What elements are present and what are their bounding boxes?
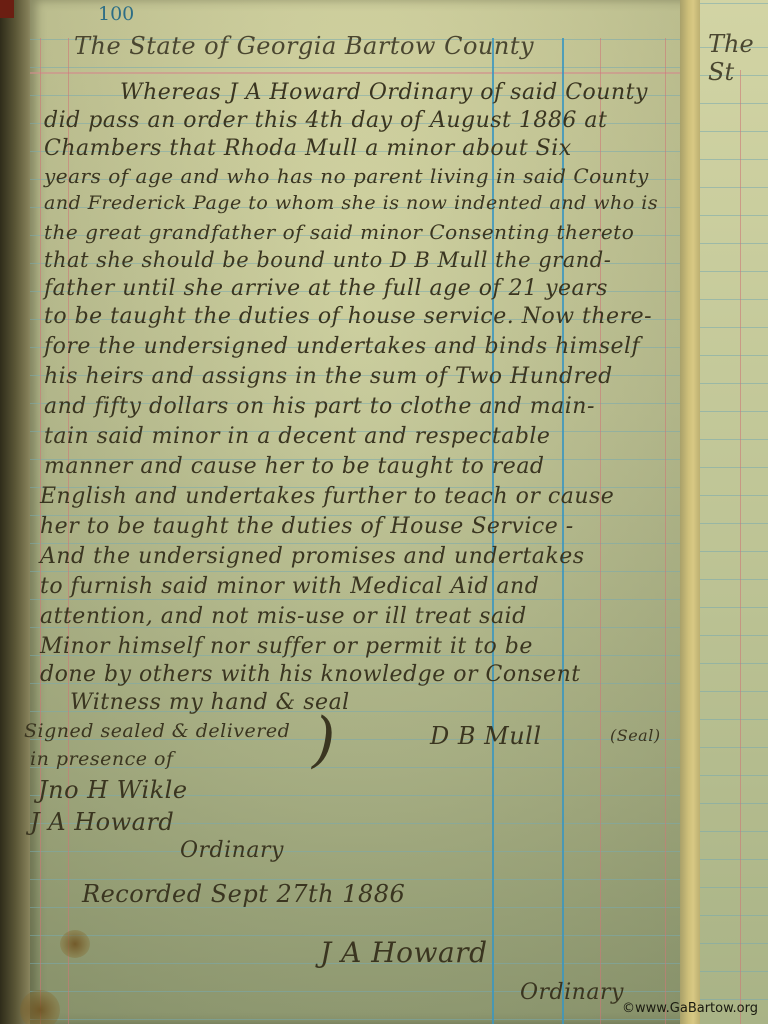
ruled-lines <box>700 0 768 1024</box>
body-line: and fifty dollars on his part to clothe … <box>44 394 595 419</box>
body-line: to furnish said minor with Medical Aid a… <box>40 574 539 599</box>
margin-rule <box>740 70 741 1024</box>
seal-mark: (Seal) <box>610 726 661 745</box>
body-line: father until she arrive at the full age … <box>44 276 608 301</box>
document-heading: The State of Georgia Bartow County <box>74 32 534 60</box>
attestation-line-2: in presence of <box>30 748 173 770</box>
body-line: And the undersigned promises and underta… <box>40 544 585 569</box>
recorder-signature: J A Howard <box>320 936 488 969</box>
bookmark-ribbon <box>0 0 14 18</box>
body-line: attention, and not mis-use or ill treat … <box>40 604 527 629</box>
body-line: Chambers that Rhoda Mull a minor about S… <box>44 136 572 161</box>
bracket-mark: ) <box>312 705 335 775</box>
witness-2-title: Ordinary <box>180 838 284 863</box>
ledger-page: 100 The State of Georgia Bartow County W… <box>30 0 690 1024</box>
witness-signature-1: Jno H Wikle <box>38 776 188 804</box>
facing-page <box>700 0 768 1024</box>
attestation-line-1: Signed sealed & delivered <box>24 720 290 742</box>
page-number: 100 <box>98 3 134 25</box>
ink-stain <box>20 990 60 1024</box>
principal-signature: D B Mull <box>430 722 542 750</box>
body-line: Witness my hand & seal <box>70 690 350 715</box>
witness-signature-2: J A Howard <box>30 808 174 836</box>
body-line: her to be taught the duties of House Ser… <box>40 514 574 539</box>
header-rule <box>30 72 690 74</box>
body-line: did pass an order this 4th day of August… <box>44 108 607 133</box>
body-line: the great grandfather of said minor Cons… <box>44 220 634 244</box>
body-line: to be taught the duties of house service… <box>44 304 652 329</box>
body-line: his heirs and assigns in the sum of Two … <box>44 364 613 389</box>
recorder-title: Ordinary <box>520 980 624 1005</box>
facing-page-heading: The St <box>708 30 768 86</box>
body-line: Whereas J A Howard Ordinary of said Coun… <box>120 80 648 105</box>
body-line: Minor himself nor suffer or permit it to… <box>40 634 533 659</box>
recorded-date: Recorded Sept 27th 1886 <box>82 880 405 908</box>
body-line: manner and cause her to be taught to rea… <box>44 454 545 479</box>
body-line: years of age and who has no parent livin… <box>44 164 649 188</box>
body-line: that she should be bound unto D B Mull t… <box>44 248 611 272</box>
body-line: English and undertakes further to teach … <box>40 484 614 509</box>
book-gutter <box>680 0 702 1024</box>
body-line: fore the undersigned undertakes and bind… <box>44 334 640 359</box>
body-line: and Frederick Page to whom she is now in… <box>44 192 658 214</box>
body-line: done by others with his knowledge or Con… <box>40 662 581 687</box>
ink-stain <box>60 930 90 958</box>
copyright-watermark: ©www.GaBartow.org <box>622 1001 758 1016</box>
book-binding-left <box>0 0 34 1024</box>
column-rule-red-2 <box>665 38 666 1024</box>
body-line: tain said minor in a decent and respecta… <box>44 424 550 449</box>
